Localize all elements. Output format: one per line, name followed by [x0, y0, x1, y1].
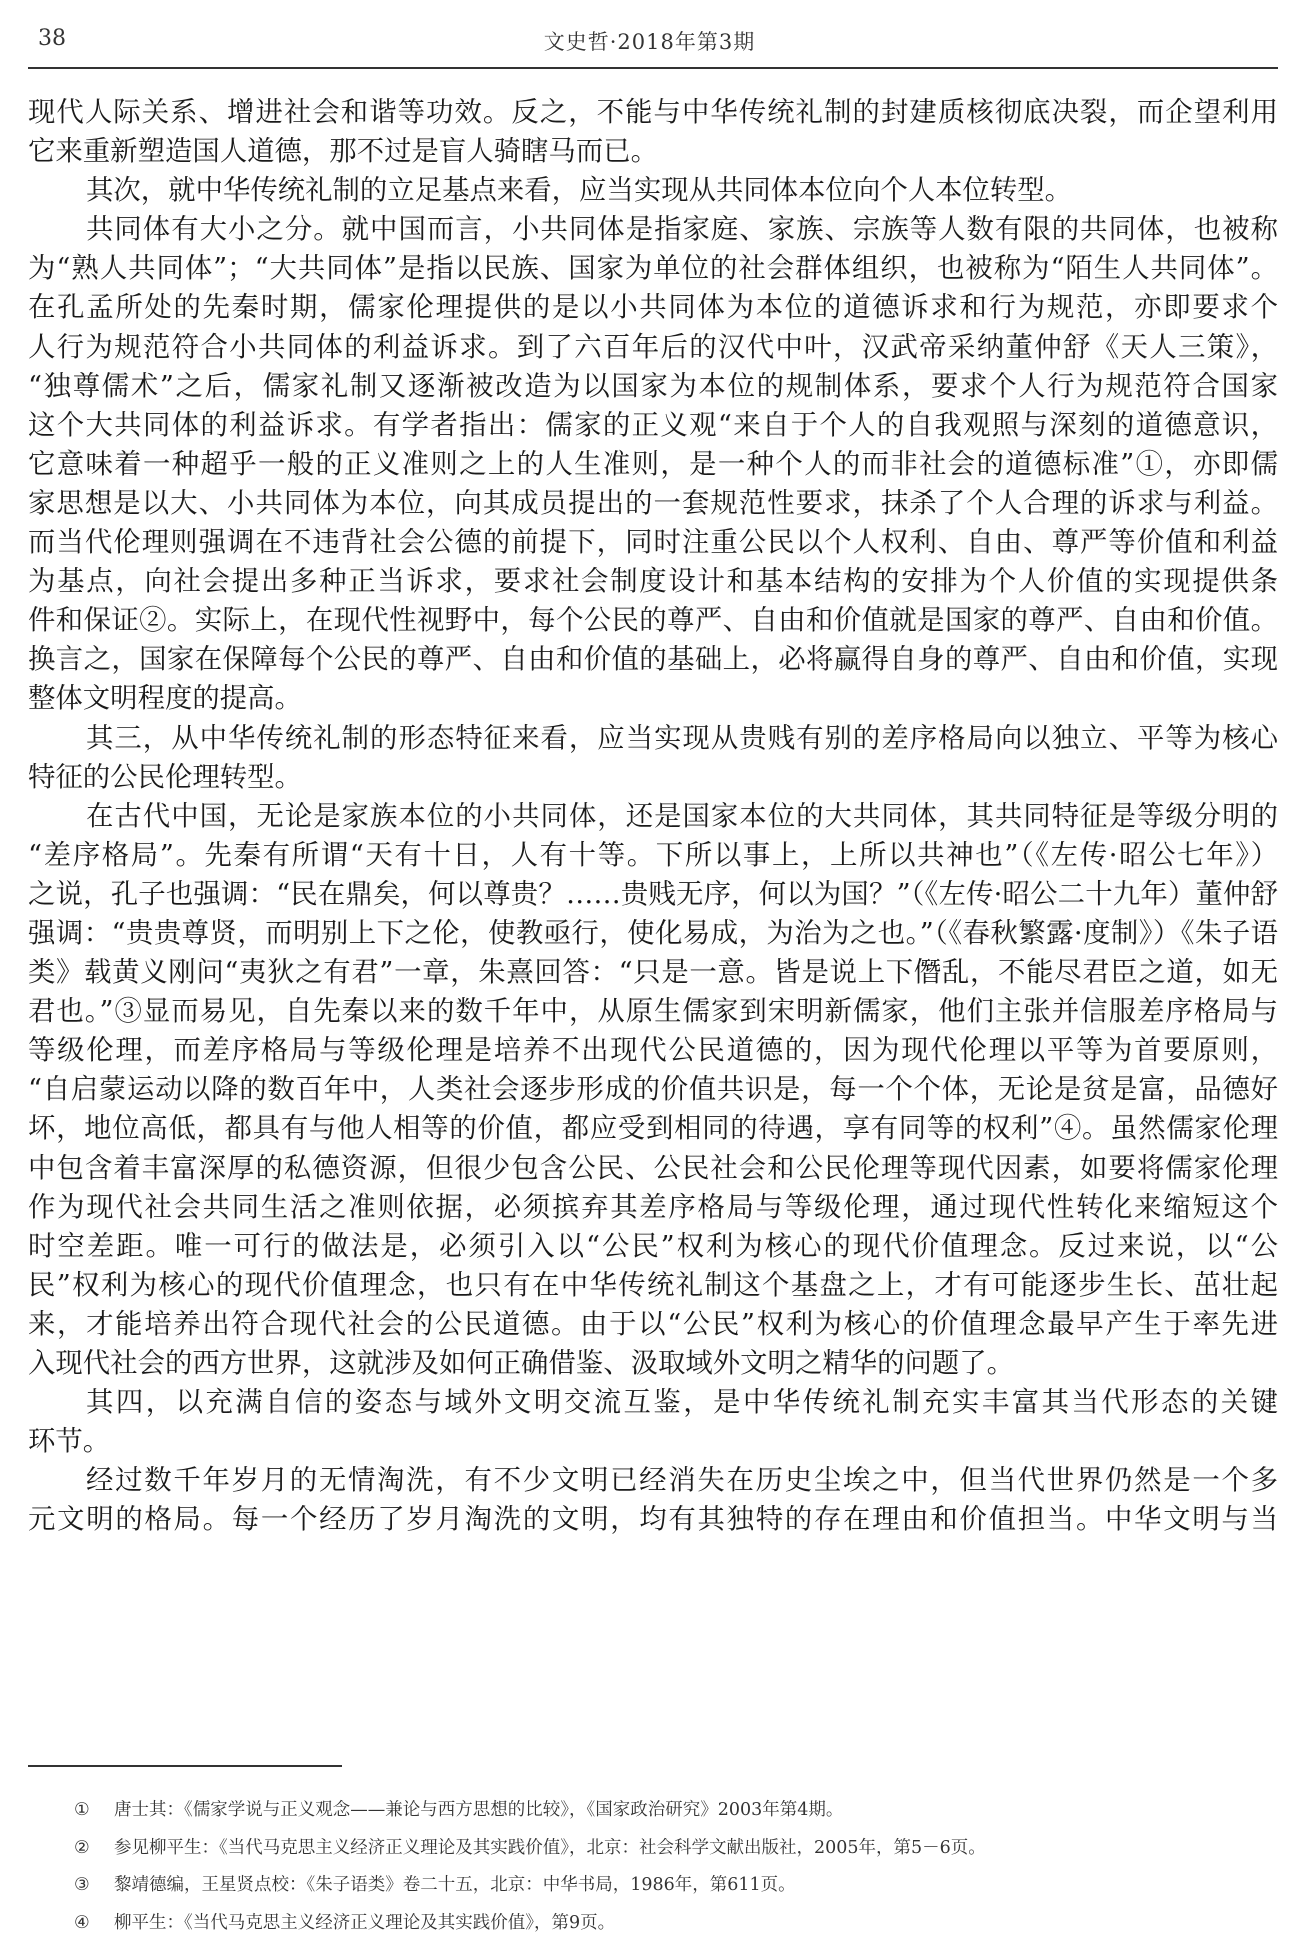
text-line: “自启蒙运动以降的数百年中，人类社会逐步形成的价值共识是，每一个个体，无论是贫是… — [28, 1070, 1278, 1109]
footnote-mark: ① — [74, 1792, 114, 1830]
text-line: 中包含着丰富深厚的私德资源，但很少包含公民、公民社会和公民伦理等现代因素，如要将… — [28, 1149, 1278, 1188]
text-line: 它意味着一种超乎一般的正义准则之上的人生准则，是一种个人的而非社会的道德标准”①… — [28, 445, 1278, 484]
text-line: “独尊儒术”之后，儒家礼制又逐渐被改造为以国家为本位的规制体系，要求个人行为规范… — [28, 367, 1278, 406]
text-line: 类》载黄义刚问“夷狄之有君”一章，朱熹回答：“只是一意。皆是说上下僭乱，不能尽君… — [28, 953, 1278, 992]
text-line: “差序格局”。先秦有所谓“天有十日，人有十等。下所以事上，上所以共神也”（《左传… — [28, 836, 1278, 875]
text-line: 这个大共同体的利益诉求。有学者指出：儒家的正义观“来自于个人的自我观照与深刻的道… — [28, 406, 1278, 445]
text-line: 为基点，向社会提出多种正当诉求，要求社会制度设计和基本结构的安排为个人价值的实现… — [28, 562, 1278, 601]
text-line: 元文明的格局。每一个经历了岁月淘洗的文明，均有其独特的存在理由和价值担当。中华文… — [28, 1500, 1278, 1539]
text-line: 坏，地位高低，都具有与他人相等的价值，都应受到相同的待遇，享有同等的权利”④。虽… — [28, 1109, 1278, 1148]
running-header: 38 文史哲·2018年第3期 — [0, 0, 1299, 70]
text-line: 特征的公民伦理转型。 — [28, 758, 1278, 797]
footnotes: ①唐士其：《儒家学说与正义观念——兼论与西方思想的比较》，《国家政治研究》200… — [74, 1792, 1254, 1942]
text-line: 家思想是以大、小共同体为本位，向其成员提出的一套规范性要求，抹杀了个人合理的诉求… — [28, 484, 1278, 523]
text-line: 之说，孔子也强调：“民在鼎矣，何以尊贵？……贵贱无序，何以为国？”（《左传·昭公… — [28, 875, 1278, 914]
footnote-text: 参见柳平生：《当代马克思主义经济正义理论及其实践价值》，北京：社会科学文献出版社… — [114, 1838, 986, 1858]
footnote-mark: ② — [74, 1830, 114, 1868]
footnote: ④柳平生：《当代马克思主义经济正义理论及其实践价值》，第9页。 — [74, 1905, 1254, 1943]
text-line: 换言之，国家在保障每个公民的尊严、自由和价值的基础上，必将赢得自身的尊严、自由和… — [28, 640, 1278, 679]
footnote-mark: ④ — [74, 1905, 114, 1943]
text-line: 现代人际关系、增进社会和谐等功效。反之，不能与中华传统礼制的封建质核彻底决裂，而… — [28, 93, 1278, 132]
footnote: ③黎靖德编，王星贤点校：《朱子语类》卷二十五，北京：中华书局，1986年，第61… — [74, 1867, 1254, 1905]
text-line: 在孔孟所处的先秦时期，儒家伦理提供的是以小共同体为本位的道德诉求和行为规范，亦即… — [28, 288, 1278, 327]
text-line: 整体文明程度的提高。 — [28, 679, 1278, 718]
journal-title: 文史哲·2018年第3期 — [0, 26, 1299, 56]
footnote: ①唐士其：《儒家学说与正义观念——兼论与西方思想的比较》，《国家政治研究》200… — [74, 1792, 1254, 1830]
text-line: 为“熟人共同体”；“大共同体”是指以民族、国家为单位的社会群体组织，也被称为“陌… — [28, 249, 1278, 288]
header-rule — [28, 67, 1278, 69]
text-line: 作为现代社会共同生活之准则依据，必须摈弃其差序格局与等级伦理，通过现代性转化来缩… — [28, 1188, 1278, 1227]
text-line: 等级伦理，而差序格局与等级伦理是培养不出现代公民道德的，因为现代伦理以平等为首要… — [28, 1031, 1278, 1070]
text-line: 其三，从中华传统礼制的形态特征来看，应当实现从贵贱有别的差序格局向以独立、平等为… — [28, 719, 1278, 758]
footnote-text: 唐士其：《儒家学说与正义观念——兼论与西方思想的比较》，《国家政治研究》2003… — [114, 1800, 843, 1820]
text-line: 入现代社会的西方世界，这就涉及如何正确借鉴、汲取域外文明之精华的问题了。 — [28, 1344, 1278, 1383]
text-line: 它来重新塑造国人道德，那不过是盲人骑瞎马而已。 — [28, 132, 1278, 171]
footnote-mark: ③ — [74, 1867, 114, 1905]
text-line: 其次，就中华传统礼制的立足基点来看，应当实现从共同体本位向个人本位转型。 — [28, 171, 1278, 210]
text-line: 环节。 — [28, 1422, 1278, 1461]
footnote-text: 柳平生：《当代马克思主义经济正义理论及其实践价值》，第9页。 — [114, 1913, 615, 1933]
text-line: 时空差距。唯一可行的做法是，必须引入以“公民”权利为核心的现代价值理念。反过来说… — [28, 1227, 1278, 1266]
text-line: 共同体有大小之分。就中国而言，小共同体是指家庭、家族、宗族等人数有限的共同体，也… — [28, 210, 1278, 249]
text-line: 在古代中国，无论是家族本位的小共同体，还是国家本位的大共同体，其共同特征是等级分… — [28, 797, 1278, 836]
text-line: 君也。”③显而易见，自先秦以来的数千年中，从原生儒家到宋明新儒家，他们主张并信服… — [28, 992, 1278, 1031]
text-line: 人行为规范符合小共同体的利益诉求。到了六百年后的汉代中叶，汉武帝采纳董仲舒《天人… — [28, 328, 1278, 367]
footnote: ②参见柳平生：《当代马克思主义经济正义理论及其实践价值》，北京：社会科学文献出版… — [74, 1830, 1254, 1868]
text-line: 件和保证②。实际上，在现代性视野中，每个公民的尊严、自由和价值就是国家的尊严、自… — [28, 601, 1278, 640]
text-line: 其四，以充满自信的姿态与域外文明交流互鉴，是中华传统礼制充实丰富其当代形态的关键 — [28, 1383, 1278, 1422]
body-text: 现代人际关系、增进社会和谐等功效。反之，不能与中华传统礼制的封建质核彻底决裂，而… — [28, 93, 1278, 1539]
text-line: 经过数千年岁月的无情淘洗，有不少文明已经消失在历史尘埃之中，但当代世界仍然是一个… — [28, 1461, 1278, 1500]
footnote-rule — [28, 1765, 342, 1767]
footnote-text: 黎靖德编，王星贤点校：《朱子语类》卷二十五，北京：中华书局，1986年，第611… — [114, 1875, 796, 1895]
text-line: 来，才能培养出符合现代社会的公民道德。由于以“公民”权利为核心的价值理念最早产生… — [28, 1305, 1278, 1344]
text-line: 强调：“贵贵尊贤，而明别上下之伦，使教亟行，使化易成，为治为之也。”（《春秋繁露… — [28, 914, 1278, 953]
text-line: 民”权利为核心的现代价值理念，也只有在中华传统礼制这个基盘之上，才有可能逐步生长… — [28, 1266, 1278, 1305]
text-line: 而当代伦理则强调在不违背社会公德的前提下，同时注重公民以个人权利、自由、尊严等价… — [28, 523, 1278, 562]
